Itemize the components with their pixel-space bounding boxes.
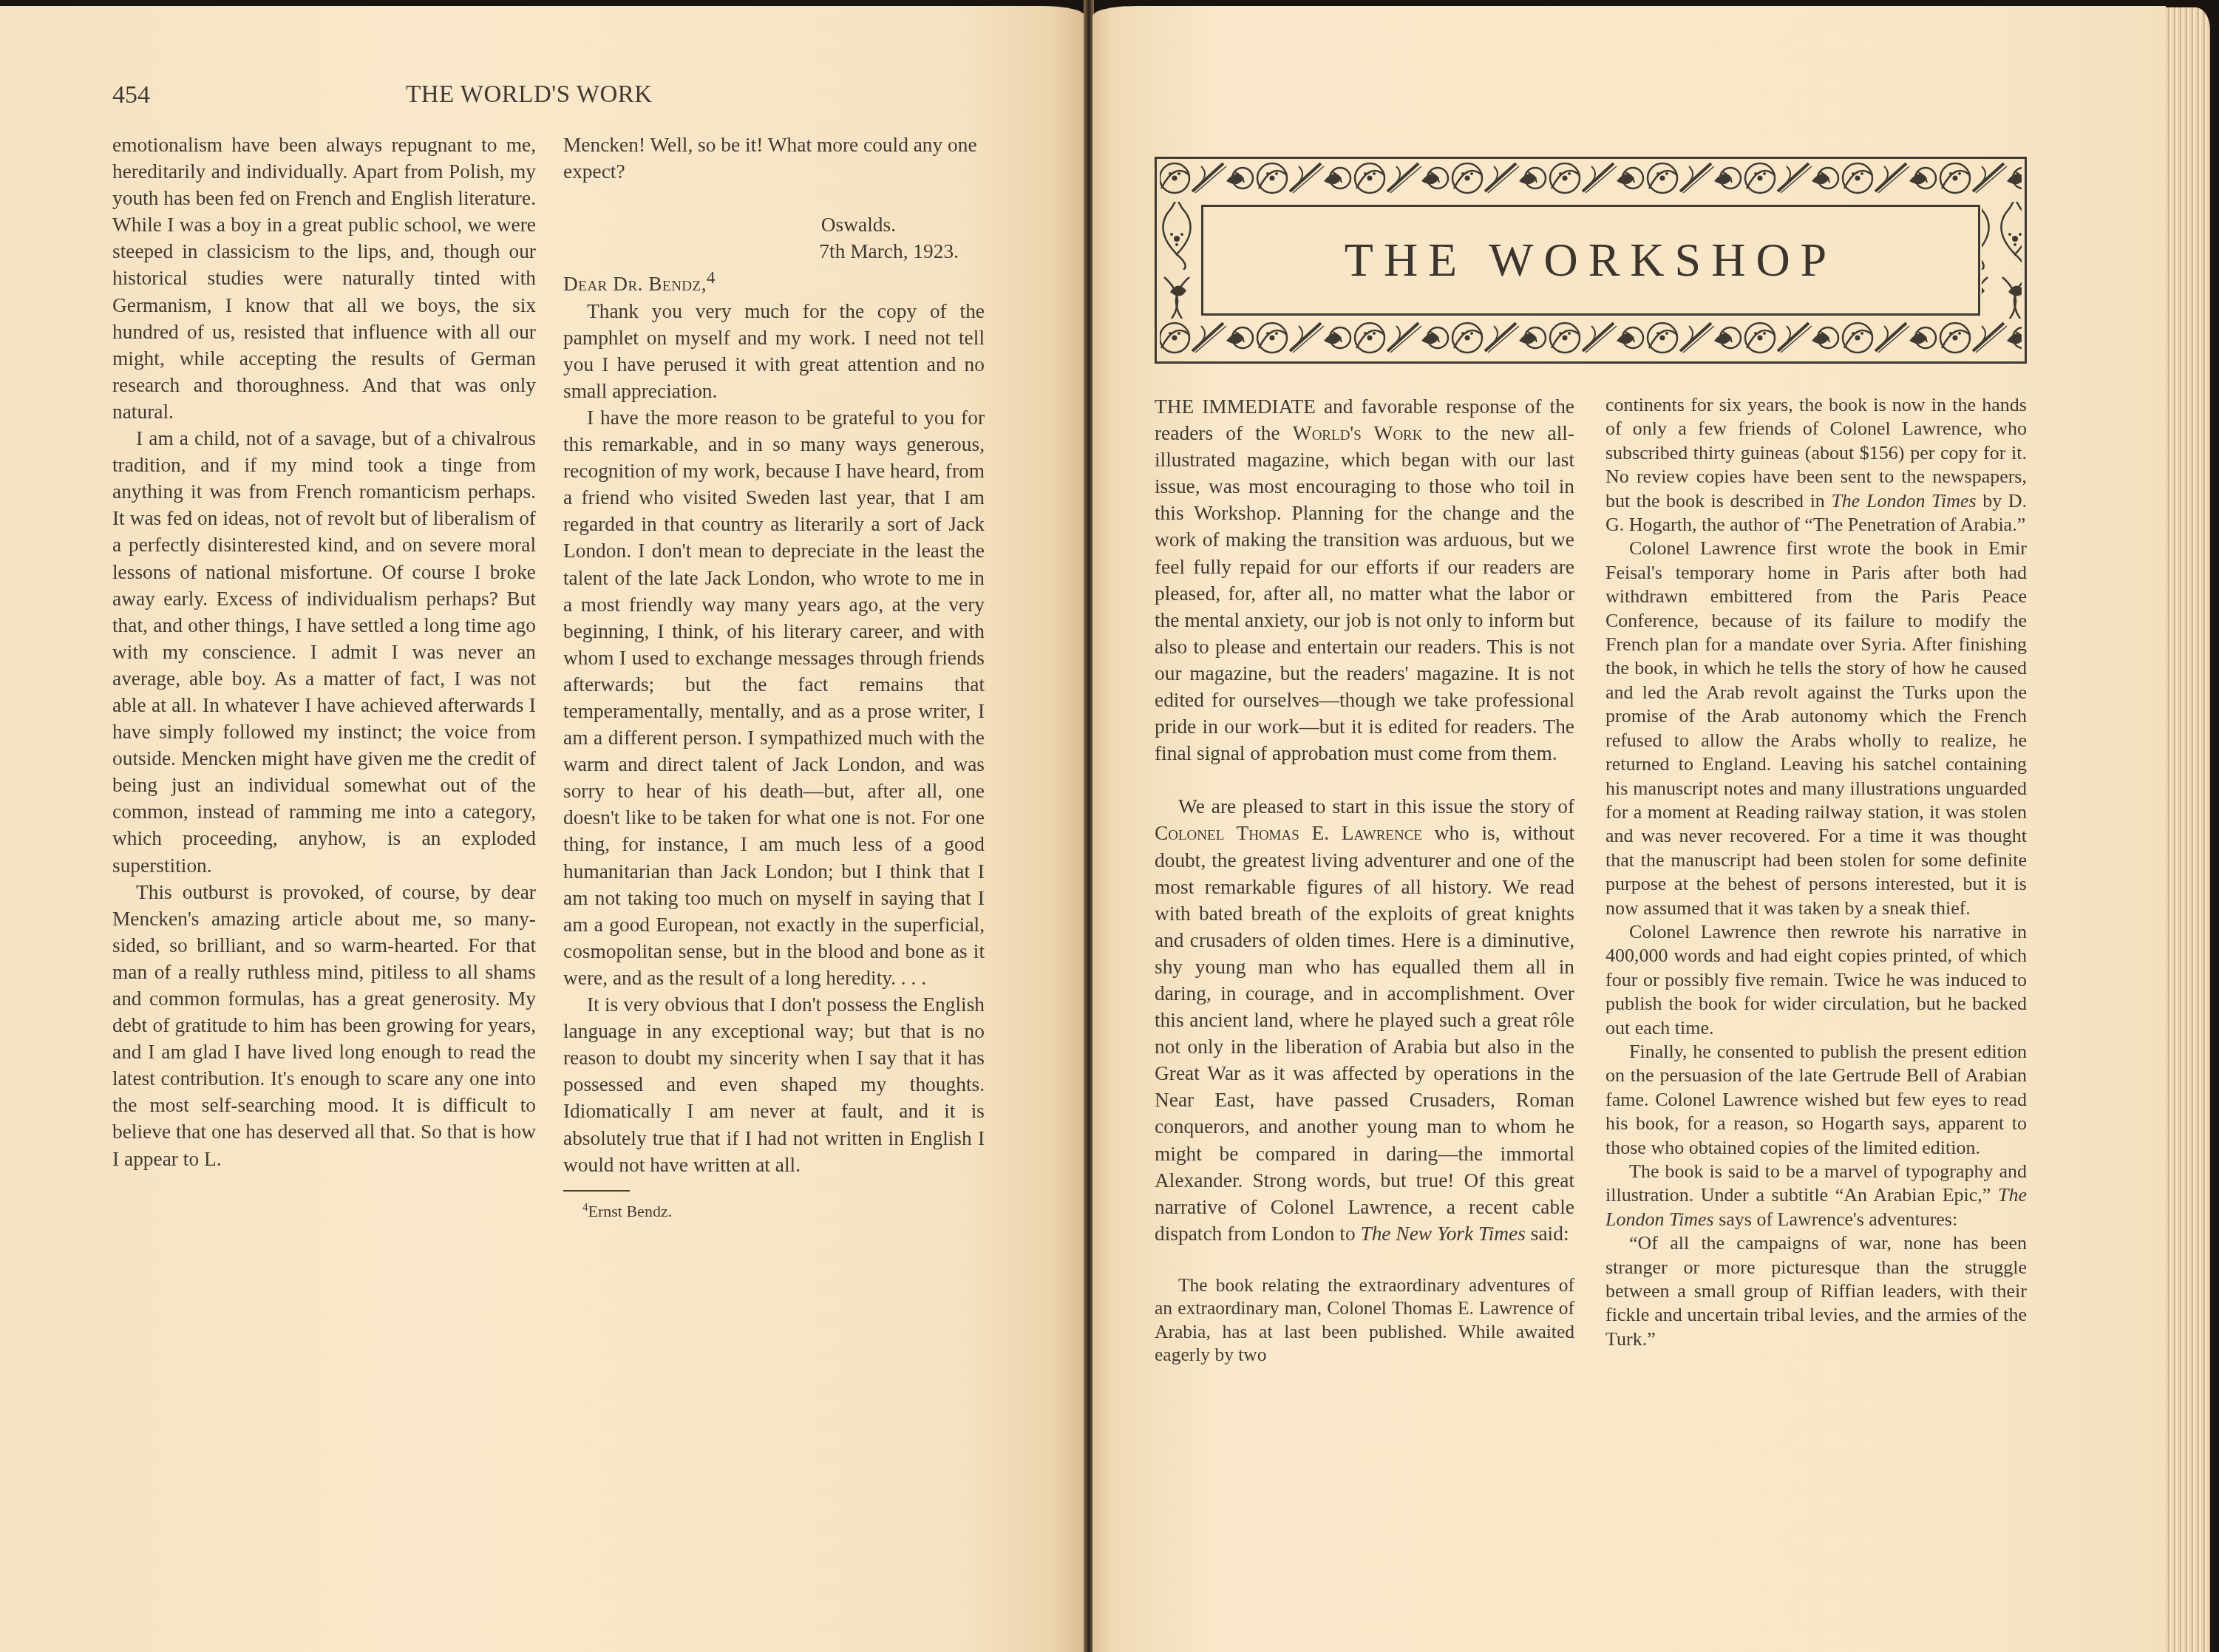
- footnote-divider: [563, 1190, 630, 1192]
- left-column-2: Mencken! Well, so be it! What more could…: [563, 132, 985, 1222]
- letter-closing: Mencken! Well, so be it! What more could…: [563, 132, 985, 185]
- lead-in: THE IMMEDIATE: [1155, 395, 1316, 418]
- paragraph: I have the more reason to be grateful to…: [563, 404, 985, 991]
- letter-salutation: Dear Dr. Bendz,4: [563, 265, 985, 297]
- paragraph: continents for six years, the book is no…: [1605, 393, 2027, 537]
- right-column-2: continents for six years, the book is no…: [1605, 393, 2027, 1351]
- banner-title-frame: THE WORKSHOP: [1201, 205, 1980, 316]
- paragraph: Finally, he consented to publish the pre…: [1605, 1040, 2027, 1160]
- paragraph: We are pleased to start in this issue th…: [1155, 793, 1574, 1247]
- paragraph: THE IMMEDIATE and favorable response of …: [1155, 393, 1574, 766]
- text-run: says of Lawrence's adventures:: [1714, 1209, 1958, 1230]
- footnote-text: Ernst Bendz.: [588, 1202, 673, 1220]
- text-run: said:: [1526, 1223, 1569, 1245]
- text-run: The book is said to be a marvel of typog…: [1605, 1160, 2027, 1206]
- paragraph: It is very obvious that I don't possess …: [563, 991, 985, 1178]
- publication-title: The London Times: [1831, 490, 1976, 511]
- paragraph: Colonel Lawrence then rewrote his narrat…: [1605, 920, 2027, 1040]
- section-banner: THE WORKSHOP: [1155, 157, 2027, 364]
- paragraph: Colonel Lawrence first wrote the book in…: [1605, 537, 2027, 920]
- paragraph: The book is said to be a marvel of typog…: [1605, 1160, 2027, 1231]
- paragraph: emotionalism have been always repugnant …: [112, 132, 536, 425]
- quoted-paragraph: The book relating the extraordinary adve…: [1155, 1274, 1574, 1367]
- publication-title: The New York Times: [1360, 1223, 1525, 1245]
- section-title: THE WORKSHOP: [1345, 233, 1837, 288]
- text-run: to the new all-illustrated magazine, whi…: [1155, 422, 1574, 764]
- letter-date: 7th March, 1923.: [563, 238, 985, 265]
- page-number: 454: [112, 81, 150, 109]
- salutation-text: Dear Dr. Bendz,: [563, 273, 707, 296]
- paragraph: Thank you very much for the copy of the …: [563, 298, 985, 404]
- magazine-name: World's Work: [1293, 422, 1423, 444]
- footnote-mark: 4: [582, 1202, 588, 1214]
- left-column-1: emotionalism have been always repugnant …: [112, 132, 536, 1172]
- right-column-1: THE IMMEDIATE and favorable response of …: [1155, 393, 1574, 1367]
- paragraph: This outburst is provoked, of course, by…: [112, 879, 536, 1172]
- letter-place: Oswalds.: [563, 211, 985, 238]
- spacer: [1155, 766, 1574, 793]
- running-head: 454 THE WORLD'S WORK: [112, 81, 985, 111]
- quoted-paragraph: “Of all the campaigns of war, none has b…: [1605, 1231, 2027, 1351]
- paragraph: I am a child, not of a savage, but of a …: [112, 425, 536, 879]
- spacer: [1155, 1247, 1574, 1274]
- running-title: THE WORLD'S WORK: [406, 81, 653, 109]
- text-run: We are pleased to start in this issue th…: [1178, 795, 1574, 817]
- footnote-reference[interactable]: 4: [707, 268, 715, 287]
- book-spread: 454 THE WORLD'S WORK emotionalism have b…: [0, 0, 2219, 1652]
- footnote: 4Ernst Bendz.: [563, 1197, 985, 1222]
- text-run: who is, without doubt, the greatest livi…: [1155, 822, 1574, 1244]
- person-name: Colonel Thomas E. Lawrence: [1155, 822, 1422, 844]
- page-edges: [2166, 7, 2210, 1652]
